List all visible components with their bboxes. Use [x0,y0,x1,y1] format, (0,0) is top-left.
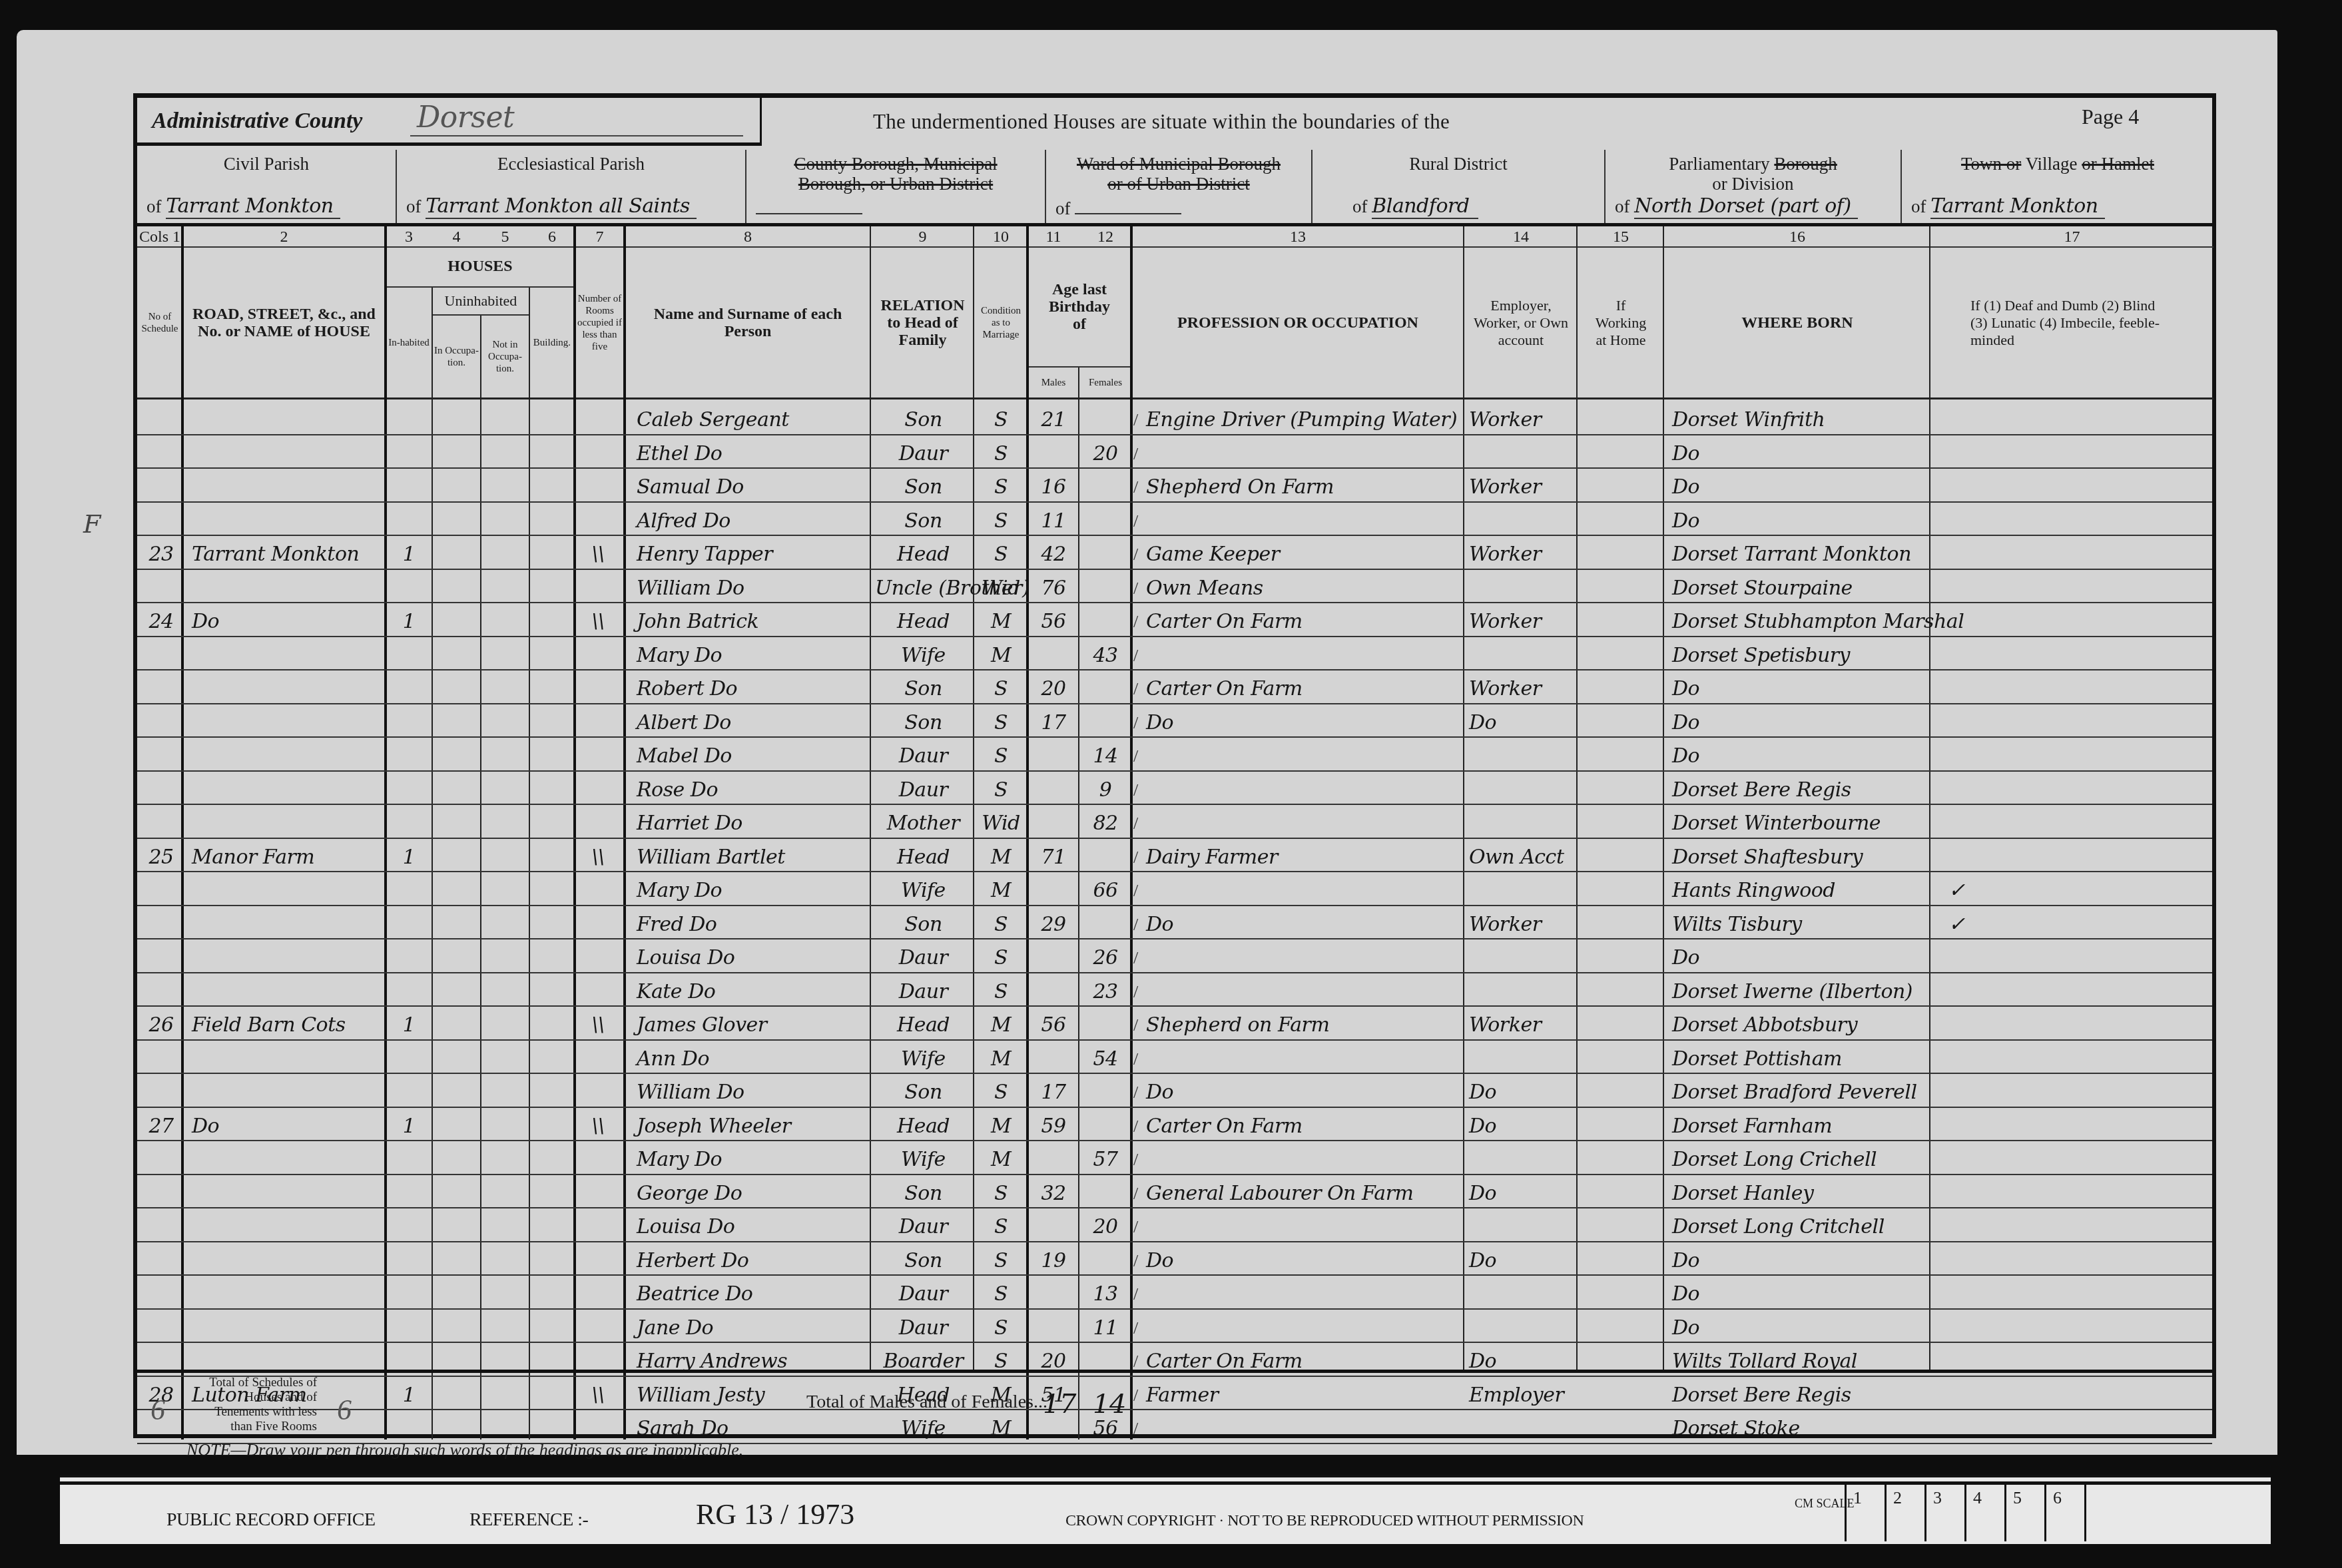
table-row: Fred DoSonS29DoWorkerWilts Tisbury✓/ [137,906,2212,940]
division-title: Parliamentary Borough or Division [1606,154,1901,194]
enumerator-tick-mark: / [1133,1246,1138,1276]
cell-schedule [143,641,180,670]
cell-occupation [1146,507,1459,536]
total-males-females-label: Total of Males and of Females... [806,1392,1047,1413]
col-number: 14 [1464,226,1578,248]
cell-female-age [1083,540,1128,569]
cell-schedule [143,742,180,771]
cell-female-age [1083,1246,1128,1276]
header-name: Name and Surname of each Person [625,248,871,399]
cell-female-age: 9 [1083,776,1128,805]
cell-employment: Do [1469,708,1576,738]
enumerator-tick-mark: / [1133,574,1138,603]
cell-employment [1469,943,1576,973]
cell-female-age [1083,674,1128,704]
cell-house [192,1145,382,1175]
cell-infirmity [1948,843,2015,872]
cell-occupation: Do [1146,910,1459,939]
cell-schedule [143,1280,180,1309]
cell-house [192,473,382,502]
cell-female-age [1083,1179,1128,1208]
header-relation: RELATION to Head of Family [871,248,974,399]
cell-rooms [578,1246,618,1276]
division-county-borough: County Borough, Municipal Borough, or Ur… [746,150,1046,223]
cell-male-age [1031,1045,1076,1074]
cell-inhabited [390,1246,428,1276]
cell-where-born: Do [1672,507,1928,536]
cell-employment: Do [1469,1112,1576,1141]
cell-male-age: 59 [1031,1112,1076,1141]
cell-relation: Head [875,540,972,569]
total-schedules-label: Total of Schedules of Houses and of Tene… [204,1376,317,1434]
cell-inhabited [390,674,428,704]
cell-where-born: Do [1672,1246,1928,1276]
cell-house [192,977,382,1007]
cell-female-age: 57 [1083,1145,1128,1175]
division-title: Ecclesiastical Parish [397,154,745,174]
division-civil-parish: Civil Parish of Tarrant Monkton [137,150,397,223]
cell-schedule [143,809,180,838]
cell-occupation: Do [1146,1246,1459,1276]
cell-female-age [1083,507,1128,536]
cell-schedule [143,977,180,1007]
cell-rooms [578,473,618,502]
cell-female-age [1083,1078,1128,1107]
totals-row: 6 Total of Schedules of Houses and of Te… [137,1370,2212,1439]
cell-schedule: 27 [143,1112,180,1141]
cell-where-born: Dorset Long Crichell [1672,1145,1928,1175]
cell-male-age [1031,641,1076,670]
cell-infirmity [1948,1078,2015,1107]
cell-name: Louisa Do [637,943,866,973]
cell-condition: M [978,607,1024,637]
table-row: Samual DoSonS16Shepherd On FarmWorkerDo/ [137,469,2212,503]
cell-infirmity [1948,473,2015,502]
cell-male-age [1031,809,1076,838]
cell-schedule [143,1045,180,1074]
division-title: County Borough, Municipal Borough, or Ur… [746,154,1045,194]
table-row: Ann DoWifeM54Dorset Pottisham/ [137,1041,2212,1075]
cell-house: Tarrant Monkton [192,540,382,569]
cell-rooms: \\ [578,1112,618,1141]
cell-rooms [578,1314,618,1343]
scale-mark: 5 [2006,1484,2046,1541]
cell-schedule [143,1314,180,1343]
cell-name: Henry Tapper [637,540,866,569]
cell-condition: M [978,1045,1024,1074]
cell-schedule [143,910,180,939]
cell-occupation [1146,1145,1459,1175]
cell-where-born: Do [1672,439,1928,469]
enumerator-tick-mark: / [1133,708,1138,738]
cell-male-age: 76 [1031,574,1076,603]
cell-infirmity [1948,641,2015,670]
cell-inhabited [390,405,428,435]
cell-relation: Son [875,1078,972,1107]
enumerator-tick-mark: / [1133,405,1138,435]
cell-name: Louisa Do [637,1212,866,1242]
cell-relation: Daur [875,1280,972,1309]
cell-female-age [1083,574,1128,603]
col-number: 6 [529,226,575,248]
table-row: Robert DoSonS20Carter On FarmWorkerDo/ [137,670,2212,704]
cell-house [192,1045,382,1074]
cell-where-born: Dorset Pottisham [1672,1045,1928,1074]
table-row: Kate DoDaurS23Dorset Iwerne (Ilberton)/ [137,973,2212,1007]
cell-infirmity [1948,405,2015,435]
cell-relation: Wife [875,641,972,670]
cell-infirmity [1948,708,2015,738]
cell-relation: Daur [875,1212,972,1242]
cell-rooms [578,708,618,738]
cell-where-born: Dorset Hanley [1672,1179,1928,1208]
cell-inhabited [390,1212,428,1242]
cell-name: John Batrick [637,607,866,637]
cell-inhabited: 1 [390,1112,428,1141]
cell-employment: Do [1469,1246,1576,1276]
cell-schedule [143,439,180,469]
cell-condition: S [978,910,1024,939]
cell-employment [1469,876,1576,906]
cell-infirmity [1948,1314,2015,1343]
cell-condition: S [978,1314,1024,1343]
cell-male-age [1031,1314,1076,1343]
cell-where-born: Dorset Long Critchell [1672,1212,1928,1242]
cell-female-age: 23 [1083,977,1128,1007]
cell-where-born: Dorset Bradford Peverell [1672,1078,1928,1107]
cell-schedule [143,876,180,906]
col-number: 9 [871,226,974,248]
cell-relation: Son [875,1179,972,1208]
division-value: Blandford [1372,194,1478,219]
cell-condition: S [978,1246,1024,1276]
col-number: Cols 1 [137,226,182,248]
cell-rooms [578,439,618,469]
cell-employment [1469,439,1576,469]
cell-rooms [578,1179,618,1208]
cell-relation: Wife [875,1045,972,1074]
scale-mark: 4 [1966,1484,2006,1541]
table-row: Ethel DoDaurS20Do/ [137,435,2212,469]
enumerator-tick-mark: / [1133,1145,1138,1175]
cell-where-born: Do [1672,674,1928,704]
cell-relation: Daur [875,943,972,973]
enumerator-tick-mark: / [1133,809,1138,838]
cell-relation: Uncle (Brother) [875,574,972,603]
cell-condition: M [978,1112,1024,1141]
cell-where-born: Wilts Tisbury [1672,910,1928,939]
cell-condition: Wid [978,809,1024,838]
cell-female-age: 20 [1083,1212,1128,1242]
cell-where-born: Do [1672,943,1928,973]
enumerator-tick-mark: / [1133,641,1138,670]
cell-where-born: Dorset Spetisbury [1672,641,1928,670]
cell-relation: Son [875,1246,972,1276]
division-value: Tarrant Monkton [166,194,340,219]
cell-condition: S [978,1078,1024,1107]
table-row: Mary DoWifeM43Dorset Spetisbury/ [137,637,2212,671]
cell-employment [1469,507,1576,536]
cell-female-age: 26 [1083,943,1128,973]
cell-inhabited [390,1145,428,1175]
cell-inhabited [390,776,428,805]
division-title: Civil Parish [137,154,396,174]
cell-male-age: 56 [1031,1011,1076,1040]
cell-occupation [1146,641,1459,670]
cell-rooms [578,1078,618,1107]
header-rooms: Number of Rooms occupied if less than fi… [575,248,625,399]
cell-house [192,742,382,771]
cell-inhabited: 1 [390,843,428,872]
cell-name: Fred Do [637,910,866,939]
cell-inhabited [390,876,428,906]
cell-occupation: Shepherd on Farm [1146,1011,1459,1040]
cell-relation: Daur [875,1314,972,1343]
cell-schedule [143,1145,180,1175]
header-females: Females [1079,368,1131,399]
cell-infirmity [1948,776,2015,805]
cell-house [192,439,382,469]
cell-occupation [1146,776,1459,805]
column-headers: Cols 1 2 3 4 5 6 7 8 9 10 11 12 13 14 15… [137,226,2212,401]
cell-rooms [578,742,618,771]
cell-occupation: Dairy Farmer [1146,843,1459,872]
cell-house [192,910,382,939]
cell-inhabited [390,641,428,670]
header-inhabited: In-habited [386,288,432,399]
cell-female-age: 20 [1083,439,1128,469]
table-row: Mary DoWifeM57Dorset Long Crichell/ [137,1141,2212,1175]
cell-name: Joseph Wheeler [637,1112,866,1141]
cell-inhabited [390,742,428,771]
division-ward: Ward of Municipal Borough or of Urban Di… [1046,150,1313,223]
table-row: Mary DoWifeM66Hants Ringwood✓/ [137,872,2212,906]
cell-male-age: 21 [1031,405,1076,435]
cell-rooms: \\ [578,1011,618,1040]
cell-male-age [1031,439,1076,469]
census-form: Administrative County Dorset The underme… [133,93,2216,1438]
table-row: Harriet DoMotherWid82Dorset Winterbourne… [137,805,2212,839]
cell-occupation [1146,1280,1459,1309]
cell-occupation: Carter On Farm [1146,1112,1459,1141]
title-part: Parliamentary [1669,154,1774,174]
cell-male-age: 20 [1031,674,1076,704]
header-age: Age last Birthday of [1027,248,1131,368]
footer-copyright: CROWN COPYRIGHT · NOT TO BE REPRODUCED W… [1065,1512,1584,1530]
cell-employment [1469,776,1576,805]
cell-name: Mary Do [637,1145,866,1175]
table-row: William DoUncle (Brother)Wid76Own MeansD… [137,570,2212,604]
cell-house [192,674,382,704]
cell-occupation: Carter On Farm [1146,607,1459,637]
total-houses: 6 [337,1393,352,1427]
cell-house [192,943,382,973]
enumerator-tick-mark: / [1133,439,1138,469]
cell-condition: S [978,943,1024,973]
cell-relation: Head [875,607,972,637]
cell-employment [1469,1314,1576,1343]
table-row: Alfred DoSonS11Do/ [137,503,2212,537]
cell-name: George Do [637,1179,866,1208]
cell-infirmity [1948,1045,2015,1074]
cell-rooms: \\ [578,843,618,872]
cell-male-age: 11 [1031,507,1076,536]
cell-condition: S [978,742,1024,771]
cell-relation: Head [875,843,972,872]
cell-employment [1469,1145,1576,1175]
cell-where-born: Do [1672,742,1928,771]
cell-condition: S [978,405,1024,435]
of-label: of [146,196,162,216]
cell-where-born: Do [1672,1314,1928,1343]
table-row: 27Do1\\Joseph WheelerHeadM59Carter On Fa… [137,1108,2212,1142]
cell-infirmity [1948,540,2015,569]
cell-house [192,776,382,805]
cell-inhabited: 1 [390,540,428,569]
cell-infirmity [1948,943,2015,973]
cell-infirmity [1948,1280,2015,1309]
cell-female-age: 11 [1083,1314,1128,1343]
cell-relation: Head [875,1112,972,1141]
cell-male-age: 71 [1031,843,1076,872]
header-road: ROAD, STREET, &c., and No. or NAME of HO… [182,248,386,399]
table-row: 25Manor Farm1\\William BartletHeadM71Dai… [137,839,2212,873]
cell-inhabited: 1 [390,1011,428,1040]
cell-employment: Worker [1469,607,1576,637]
cell-male-age [1031,1280,1076,1309]
cell-employment: Worker [1469,910,1576,939]
cell-employment [1469,809,1576,838]
cell-house [192,708,382,738]
of-label: of [1055,198,1071,218]
cell-condition: M [978,1011,1024,1040]
division-title: Rural District [1313,154,1604,174]
enumerator-tick-mark: / [1133,674,1138,704]
scale-mark: 6 [2046,1484,2086,1541]
enumerator-tick-mark: / [1133,1112,1138,1141]
col-number: 13 [1131,226,1464,248]
cell-name: Beatrice Do [637,1280,866,1309]
cell-female-age [1083,473,1128,502]
cell-schedule [143,1246,180,1276]
cell-male-age: 32 [1031,1179,1076,1208]
county-value: Dorset [417,101,514,134]
cell-rooms [578,910,618,939]
cell-house [192,1078,382,1107]
cell-condition: M [978,1145,1024,1175]
header-occupation: PROFESSION OR OCCUPATION [1131,248,1464,399]
cell-name: William Bartlet [637,843,866,872]
page-number: Page 4 [2082,105,2139,129]
division-town-village: Town or Village or Hamlet of Tarrant Mon… [1902,150,2213,223]
table-row: Jane DoDaurS11Do/ [137,1310,2212,1344]
cell-female-age [1083,910,1128,939]
cell-name: Robert Do [637,674,866,704]
cell-male-age [1031,977,1076,1007]
cell-where-born: Do [1672,708,1928,738]
cell-where-born: Dorset Winterbourne [1672,809,1928,838]
cell-infirmity [1948,574,2015,603]
cell-house [192,1179,382,1208]
table-row: Louisa DoDaurS26Do/ [137,939,2212,973]
cell-schedule [143,708,180,738]
cell-male-age: 19 [1031,1246,1076,1276]
cell-female-age [1083,405,1128,435]
cell-inhabited [390,1314,428,1343]
cell-male-age [1031,1212,1076,1242]
cell-rooms [578,977,618,1007]
cell-name: Ann Do [637,1045,866,1074]
enumerator-tick-mark: / [1133,977,1138,1007]
cell-schedule [143,1078,180,1107]
cell-relation: Wife [875,876,972,906]
cell-infirmity: ✓ [1948,910,2015,939]
cell-employment: Own Acct [1469,843,1576,872]
cell-rooms [578,1280,618,1309]
enumerator-tick-mark: / [1133,843,1138,872]
cell-occupation: Do [1146,708,1459,738]
cell-house [192,876,382,906]
cell-male-age [1031,1145,1076,1175]
scale-mark: 1 [1847,1484,1887,1541]
of-label: of [1615,196,1630,216]
division-value [756,213,862,214]
cell-house [192,641,382,670]
cell-name: James Glover [637,1011,866,1040]
cell-male-age: 17 [1031,1078,1076,1107]
cell-name: Kate Do [637,977,866,1007]
table-row: 24Do1\\John BatrickHeadM56Carter On Farm… [137,603,2212,637]
cell-rooms [578,641,618,670]
cell-condition: S [978,674,1024,704]
cell-female-age: 82 [1083,809,1128,838]
cell-where-born: Do [1672,1280,1928,1309]
col-number: 4 [432,226,481,248]
header-houses: HOUSES [386,248,575,288]
total-males: 17 [1043,1389,1076,1420]
division-value: North Dorset (part of) [1634,194,1857,219]
enumerator-tick-mark: / [1133,742,1138,771]
cell-occupation [1146,742,1459,771]
cell-where-born: Dorset Stubhampton Marshal [1672,607,1928,637]
table-row: Rose DoDaurS9Dorset Bere Regis/ [137,772,2212,806]
division-title: Ward of Municipal Borough or of Urban Di… [1046,154,1311,194]
cell-condition: S [978,1179,1024,1208]
cell-inhabited [390,977,428,1007]
cell-schedule [143,943,180,973]
cell-relation: Wife [875,1145,972,1175]
cell-occupation [1146,1045,1459,1074]
table-row: Beatrice DoDaurS13Do/ [137,1276,2212,1310]
cell-house: Field Barn Cots [192,1011,382,1040]
cell-name: William Do [637,1078,866,1107]
cell-infirmity [1948,742,2015,771]
cell-schedule [143,1212,180,1242]
cell-condition: Wid [978,574,1024,603]
cell-where-born: Dorset Tarrant Monkton [1672,540,1928,569]
cell-infirmity [1948,1212,2015,1242]
cell-inhabited [390,507,428,536]
header-at-home: If Working at Home [1578,248,1664,399]
cell-employment: Worker [1469,540,1576,569]
cell-occupation: Game Keeper [1146,540,1459,569]
cell-occupation [1146,1314,1459,1343]
enumerator-tick-mark: / [1133,1212,1138,1242]
table-row: Herbert DoSonS19DoDoDo/ [137,1242,2212,1276]
header-employment: Employer, Worker, or Own account [1464,248,1578,399]
cell-where-born: Dorset Winfrith [1672,405,1928,435]
cell-rooms [578,943,618,973]
